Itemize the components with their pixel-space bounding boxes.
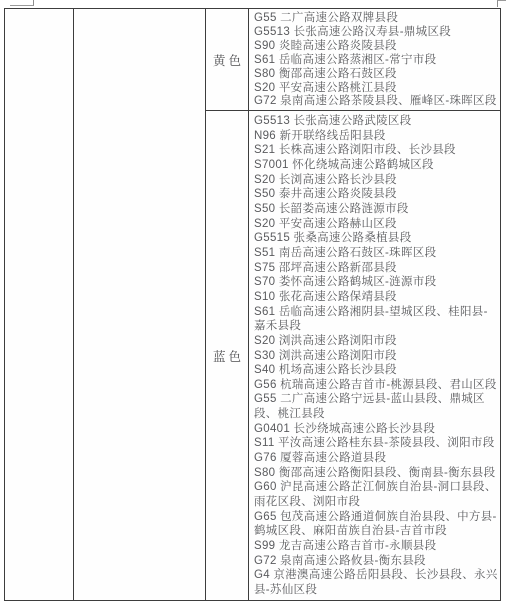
route-item: G55 二广高速公路宁远县-蓝山县段、鼎城区段、桃江县段 <box>254 392 498 421</box>
route-item: S20 平安高速公路桃江县段 <box>254 82 498 96</box>
route-item: G60 沪昆高速公路芷江侗族自治县-洞口县段、雨花区段、浏阳市段 <box>254 480 498 509</box>
yellow-level-label: 黄色 <box>205 9 248 110</box>
route-item: S70 娄怀高速公路鹤城区-涟源市段 <box>254 275 498 290</box>
route-item: S61 岳临高速公路湘阴县-望城区段、桂阳县-嘉禾县段 <box>254 305 498 334</box>
blue-level-label: 蓝色 <box>205 110 248 600</box>
route-item: S75 邵坪高速公路新邵县段 <box>254 261 498 276</box>
route-item: N96 新开联络线岳阳县段 <box>254 129 498 144</box>
route-item: G56 杭瑞高速公路吉首市-桃源县段、君山区段 <box>254 378 498 393</box>
route-item: G72 泉南高速公路攸县-衡东县段 <box>254 554 498 569</box>
route-item: S7001 怀化绕城高速公路鹤城区段 <box>254 158 498 173</box>
route-item: G5513 长张高速公路武陵区段 <box>254 114 498 129</box>
route-item: S90 炎睦高速公路炎陵县段 <box>254 40 498 54</box>
route-item: S20 浏洪高速公路浏阳市段 <box>254 334 498 349</box>
route-item: G76 厦蓉高速公路道县段 <box>254 451 498 466</box>
route-item: S20 平安高速公路赫山区段 <box>254 217 498 232</box>
empty-cell-left-1 <box>5 9 73 600</box>
route-item: G5515 张桑高速公路桑植县段 <box>254 231 498 246</box>
route-item: G72 泉南高速公路茶陵县段、雁峰区-珠晖区段 <box>254 95 498 109</box>
route-item: S20 长浏高速公路长沙县段 <box>254 173 498 188</box>
blue-route-list: G5513 长张高速公路武陵区段N96 新开联络线岳阳县段S21 长株高速公路浏… <box>248 110 500 600</box>
route-item: S50 泰井高速公路炎陵县段 <box>254 187 498 202</box>
scan-artifact-top-right <box>497 0 506 7</box>
route-item: S11 平汝高速公路桂东县-茶陵县段、浏阳市段 <box>254 436 498 451</box>
route-item: S80 衡邵高速公路石鼓区段 <box>254 68 498 82</box>
route-item: S10 张花高速公路保靖县段 <box>254 290 498 305</box>
route-item: S80 衡邵高速公路衡阳县段、衡南县-衡东县段 <box>254 466 498 481</box>
route-item: G55 二广高速公路双牌县段 <box>254 12 498 26</box>
expressway-sections-table: 黄色 G55 二广高速公路双牌县段G5513 长张高速公路汉寿县-鼎城区段S90… <box>4 8 501 601</box>
route-item: S30 浏洪高速公路浏阳市段 <box>254 349 498 364</box>
route-item: S99 龙吉高速公路吉首市-永顺县段 <box>254 539 498 554</box>
route-item: G5513 长张高速公路汉寿县-鼎城区段 <box>254 26 498 40</box>
route-item: S21 长株高速公路浏阳市段、长沙县段 <box>254 143 498 158</box>
empty-cell-left-2 <box>73 9 205 600</box>
scan-artifact-top-left <box>10 0 34 6</box>
route-item: S51 南岳高速公路石鼓区-珠晖区段 <box>254 246 498 261</box>
route-item: S40 机场高速公路长沙县段 <box>254 363 498 378</box>
route-item: S50 长韶娄高速公路涟源市段 <box>254 202 498 217</box>
route-item: G65 包茂高速公路通道侗族自治县段、中方县-鹤城区段、麻阳苗族自治县-吉首市段 <box>254 510 498 539</box>
route-item: G4 京港澳高速公路岳阳县段、长沙县段、永兴县-苏仙区段 <box>254 568 498 597</box>
route-item: G0401 长沙绕城高速公路长沙县段 <box>254 422 498 437</box>
route-item: S61 岳临高速公路蒸湘区-常宁市段 <box>254 54 498 68</box>
yellow-route-list: G55 二广高速公路双牌县段G5513 长张高速公路汉寿县-鼎城区段S90 炎睦… <box>248 9 500 110</box>
